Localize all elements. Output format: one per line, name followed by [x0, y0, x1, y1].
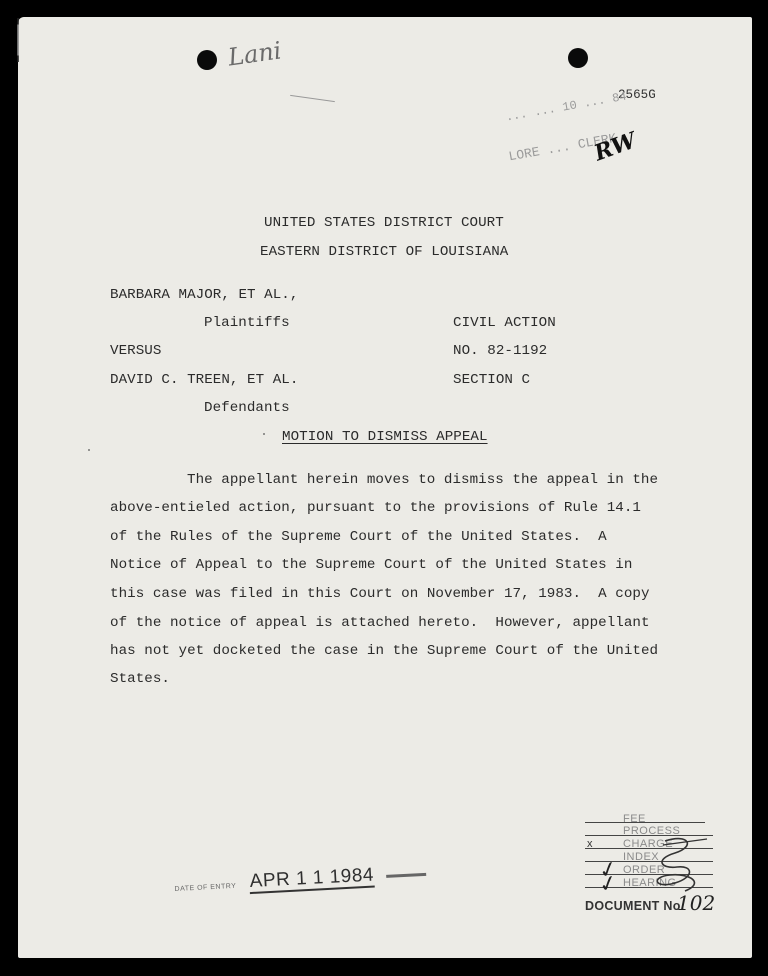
court-district: EASTERN DISTRICT OF LOUISIANA [260, 244, 508, 260]
punch-hole-left [197, 50, 217, 70]
handwritten-scribble-icon [645, 833, 715, 895]
body-line-4: Notice of Appeal to the Supreme Court of… [110, 557, 632, 573]
body-line-1: The appellant herein moves to dismiss th… [187, 472, 658, 488]
defendant-name: DAVID C. TREEN, ET AL. [110, 372, 298, 388]
date-of-entry-label: DATE OF ENTRY [174, 883, 236, 893]
margin-mark [17, 18, 19, 62]
body-line-7: has not yet docketed the case in the Sup… [110, 643, 658, 659]
section: SECTION C [453, 372, 530, 388]
body-line-5: this case was filed in this Court on Nov… [110, 586, 650, 602]
body-line-8: States. [110, 671, 170, 687]
document-number-label: DOCUMENT No. [585, 899, 684, 913]
versus: VERSUS [110, 343, 161, 359]
body-line-3: of the Rules of the Supreme Court of the… [110, 529, 607, 545]
docket-label-fee: FEE [623, 813, 646, 825]
stamp-tail [387, 873, 427, 878]
defendant-role: Defendants [204, 400, 290, 416]
punch-hole-right [568, 48, 588, 68]
docket-stamp: FEE PROCESS x CHARGE INDEX ✓ ORDER ✓ HEA… [585, 815, 725, 915]
motion-title: MOTION TO DISMISS APPEAL [282, 429, 488, 445]
speck [88, 449, 90, 451]
plaintiff-role: Plaintiffs [204, 315, 290, 331]
speck [263, 433, 265, 435]
case-number: NO. 82-1192 [453, 343, 547, 359]
court-name: UNITED STATES DISTRICT COURT [264, 215, 504, 231]
document-number-value: 102 [677, 891, 715, 915]
body-line-6: of the notice of appeal is attached here… [110, 615, 650, 631]
body-line-2: above-entieled action, pursuant to the p… [110, 500, 641, 516]
action-type: CIVIL ACTION [453, 315, 556, 331]
plaintiff-name: BARBARA MAJOR, ET AL., [110, 287, 298, 303]
docket-mark-charge: x [587, 838, 593, 850]
